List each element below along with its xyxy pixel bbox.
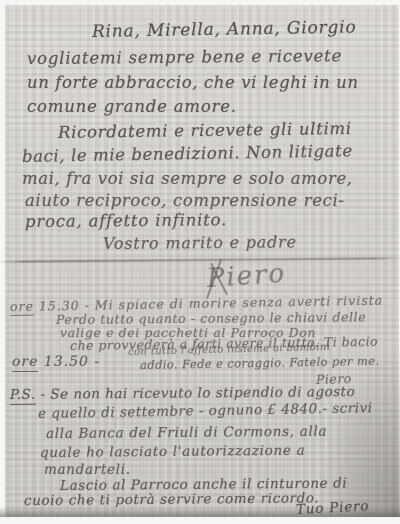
body-line: aiuto reciproco, comprensione reci- [25, 191, 345, 210]
line-text: 13.50 - [38, 354, 100, 370]
scan-shadow-bottom [0, 507, 400, 517]
scan-shadow-corner [320, 347, 400, 517]
line-text: un forte abbraccio, che vi leghi in un [27, 73, 359, 92]
postscript-line: quale ho lasciato l'autorizzazione a [40, 443, 305, 461]
line-text: alla Banca del Friuli di Cormons, alla [46, 424, 327, 442]
line-text: Vostro marito e padre [103, 232, 297, 253]
scanned-letter: Rina, Mirella, Anna, Giorgiovogliatemi s… [0, 0, 400, 524]
line-text: comune grande amore. [27, 97, 237, 116]
line-text: - Se non hai ricevuto lo stipendio di ag… [36, 384, 356, 403]
line-text: baci, le mie benedizioni. Non litigate [22, 141, 353, 166]
postscript-line: P.S. - Se non hai ricevuto lo stipendio … [10, 384, 355, 403]
line-text: mandarteli. [44, 462, 131, 478]
line-text: Rina, Mirella, Anna, Giorgio [92, 17, 357, 42]
signature-large: Piero [206, 259, 287, 294]
underlined-text: ore [10, 299, 34, 316]
time-note-2: ore 13.50 - [12, 354, 100, 370]
line-text: vogliatemi sempre bene e ricevete [27, 46, 342, 68]
line-text: Piero [206, 259, 287, 294]
body-line: mai, fra voi sia sempre e solo amore, [22, 169, 353, 188]
line-text: mai, fra voi sia sempre e solo amore, [22, 169, 353, 188]
body-line: baci, le mie benedizioni. Non litigate [22, 141, 353, 166]
underlined-text: P.S. [10, 387, 36, 405]
line-text: Ricordatemi e ricevete gli ultimi [58, 119, 352, 142]
line-text: quale ho lasciato l'autorizzazione a [40, 443, 305, 461]
line-text: aiuto reciproco, comprensione reci- [25, 191, 345, 210]
signoff-line: Vostro marito e padre [103, 232, 297, 253]
postscript-line: alla Banca del Friuli di Cormons, alla [46, 424, 327, 442]
line-text: proca, affetto infinito. [25, 210, 227, 231]
body-line: vogliatemi sempre bene e ricevete [27, 46, 342, 68]
greeting-line: Rina, Mirella, Anna, Giorgio [92, 17, 357, 42]
postscript-line: mandarteli. [44, 462, 131, 478]
body-line: un forte abbraccio, che vi leghi in un [27, 73, 359, 92]
underlined-text: ore [12, 354, 38, 372]
body-line: Ricordatemi e ricevete gli ultimi [58, 119, 352, 142]
body-line: proca, affetto infinito. [25, 210, 227, 231]
body-line: comune grande amore. [27, 97, 237, 116]
